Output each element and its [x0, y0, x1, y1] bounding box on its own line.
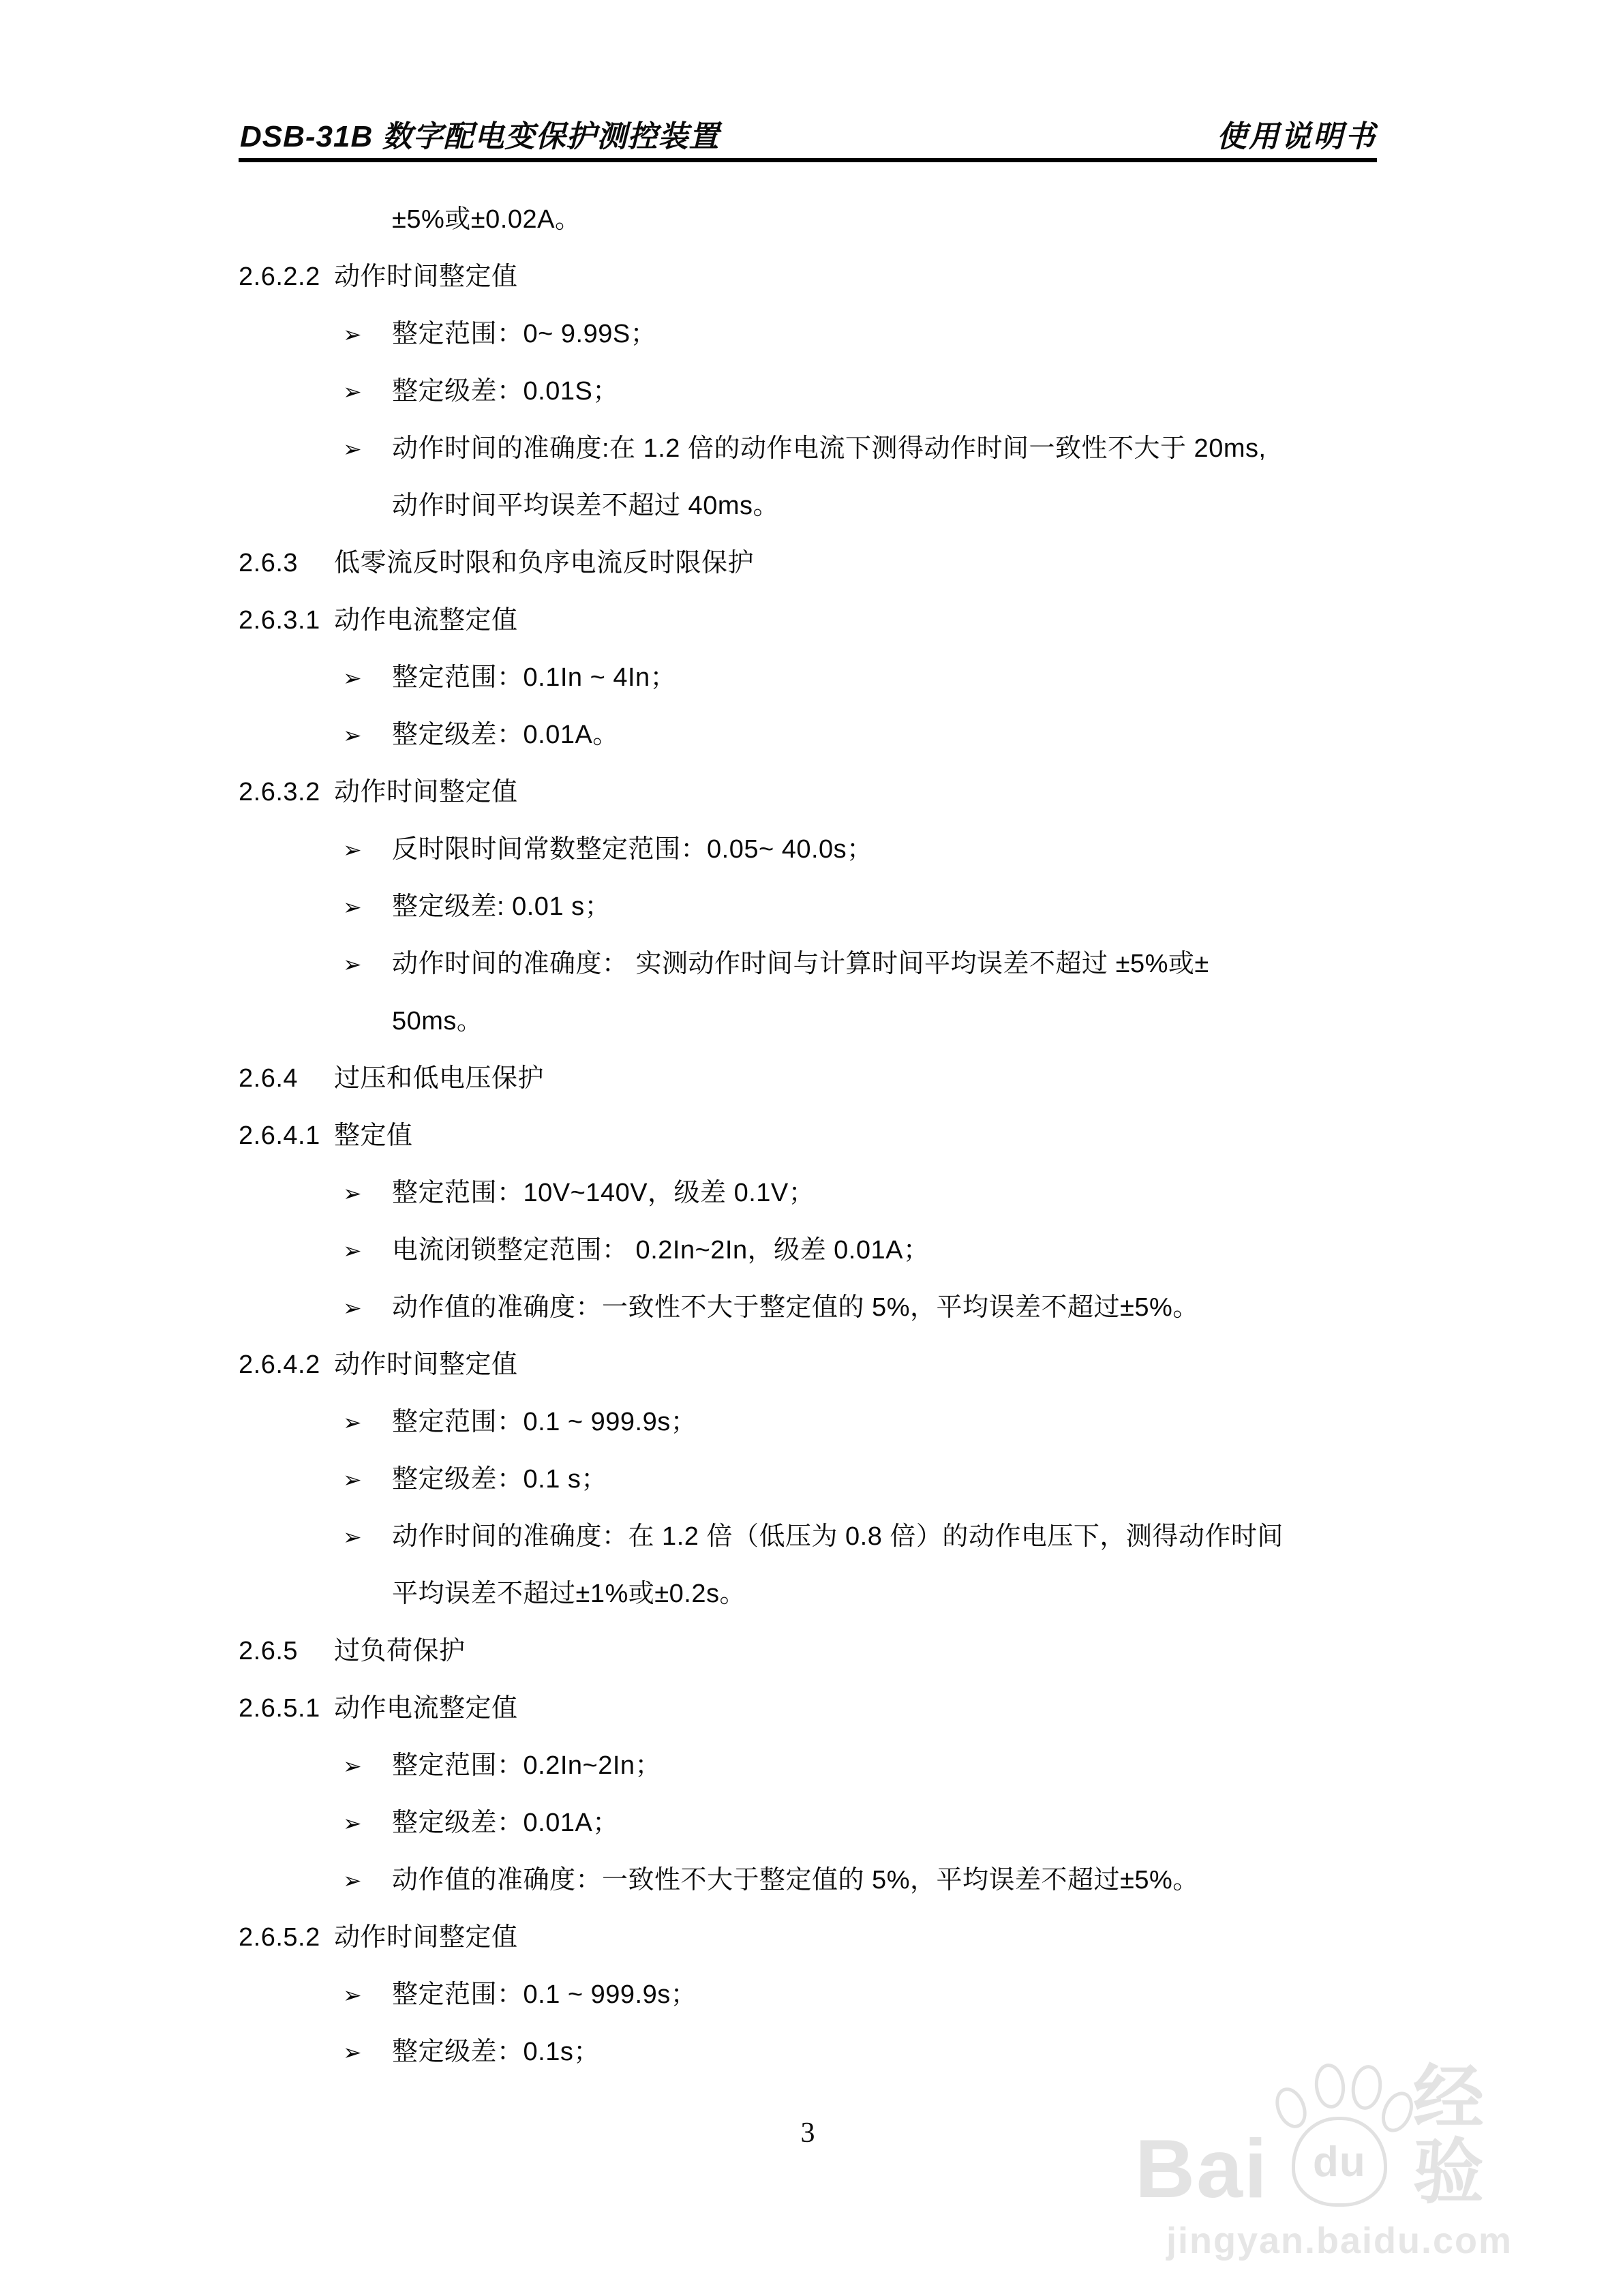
- bullet-continuation-line: 动作时间平均误差不超过 40ms。: [239, 477, 1397, 534]
- section-number: 2.6.5.2: [239, 1909, 334, 1966]
- section-title: 过负荷保护: [334, 1637, 466, 1665]
- bullet-text: 动作值的准确度：一致性不大于整定值的 5%，平均误差不超过±5%。: [392, 1293, 1199, 1322]
- bullet-item: ➢整定范围：0.1In ~ 4In；: [239, 649, 1397, 706]
- bullet-item: ➢动作时间的准确度： 实测动作时间与计算时间平均误差不超过 ±5%或±: [239, 935, 1397, 993]
- paw-pad-icon: du: [1292, 2117, 1387, 2207]
- bullet-item: ➢整定级差：0.1 s；: [239, 1451, 1397, 1508]
- bullet-text: 整定范围：0.1In ~ 4In；: [392, 663, 676, 692]
- bullet-arrow-icon: ➢: [343, 1852, 392, 1909]
- bullet-text: 整定级差：0.1s；: [392, 2038, 600, 2066]
- section-number: 2.6.4: [239, 1050, 334, 1107]
- bullet-item: ➢整定级差：0.01A；: [239, 1794, 1397, 1852]
- bullet-text: 动作值的准确度：一致性不大于整定值的 5%，平均误差不超过±5%。: [392, 1866, 1199, 1894]
- bullet-item: ➢整定范围：0.1 ~ 999.9s；: [239, 1393, 1397, 1451]
- bullet-text: 整定范围：0.1 ~ 999.9s；: [392, 1408, 697, 1436]
- section-number: 2.6.3.1: [239, 592, 334, 649]
- section-title: 动作时间整定值: [334, 1923, 518, 1952]
- bullet-item: ➢整定级差：0.01S；: [239, 363, 1397, 420]
- bullet-text: 整定范围：0~ 9.99S；: [392, 320, 656, 348]
- bullet-item: ➢动作值的准确度：一致性不大于整定值的 5%，平均误差不超过±5%。: [239, 1852, 1397, 1909]
- bullet-arrow-icon: ➢: [343, 2024, 392, 2081]
- bullet-arrow-icon: ➢: [343, 1967, 392, 2024]
- section-title: 动作电流整定值: [334, 606, 518, 635]
- bullet-text: 整定范围：10V~140V，级差 0.1V；: [392, 1179, 815, 1207]
- bullet-continuation-line: 50ms。: [239, 993, 1397, 1050]
- subsection-heading: 2.6.4.2动作时间整定值: [239, 1336, 1397, 1393]
- section-number: 2.6.5.1: [239, 1680, 334, 1737]
- bullet-item: ➢整定级差：0.01A。: [239, 706, 1397, 764]
- section-number: 2.6.5: [239, 1622, 334, 1680]
- section-title: 低零流反时限和负序电流反时限保护: [334, 549, 754, 577]
- bullet-arrow-icon: ➢: [343, 1165, 392, 1222]
- bullet-arrow-icon: ➢: [343, 1222, 392, 1280]
- paw-toe-icon: [1313, 2062, 1348, 2110]
- section-title: 动作电流整定值: [334, 1694, 518, 1723]
- bullet-arrow-icon: ➢: [343, 879, 392, 936]
- baidu-watermark: Bai du 经验 jingyan.baidu.com: [1135, 2060, 1544, 2262]
- bullet-arrow-icon: ➢: [343, 1394, 392, 1451]
- subsection-heading: 2.6.3.1动作电流整定值: [239, 592, 1397, 649]
- subsection-heading: 2.6.3.2动作时间整定值: [239, 764, 1397, 821]
- bullet-text: 整定范围：0.1 ~ 999.9s；: [392, 1980, 697, 2009]
- bullet-arrow-icon: ➢: [343, 421, 392, 478]
- bullet-arrow-icon: ➢: [343, 1795, 392, 1852]
- bullet-text: 电流闭锁整定范围： 0.2In~2In，级差 0.01A；: [392, 1236, 929, 1265]
- bullet-text: 整定范围：0.2In~2In；: [392, 1751, 661, 1780]
- watermark-text-bai: Bai: [1135, 2127, 1269, 2210]
- paw-icon: du: [1273, 2064, 1409, 2210]
- section-heading: 2.6.3低零流反时限和负序电流反时限保护: [239, 534, 1397, 592]
- paw-toe-icon: [1348, 2063, 1384, 2111]
- subsection-heading: 2.6.5.2动作时间整定值: [239, 1909, 1397, 1966]
- bullet-text: 整定级差：0.01A。: [392, 721, 619, 749]
- bullet-arrow-icon: ➢: [343, 1509, 392, 1566]
- section-number: 2.6.3: [239, 534, 334, 592]
- bullet-item: ➢动作时间的准确度：在 1.2 倍（低压为 0.8 倍）的动作电压下，测得动作时…: [239, 1508, 1397, 1565]
- section-title: 动作时间整定值: [334, 262, 518, 291]
- bullet-item: ➢整定范围：0.2In~2In；: [239, 1737, 1397, 1794]
- header-rule: [239, 158, 1377, 162]
- bullet-arrow-icon: ➢: [343, 650, 392, 707]
- bullet-arrow-icon: ➢: [343, 821, 392, 879]
- body-content: ±5%或±0.02A。2.6.2.2动作时间整定值➢整定范围：0~ 9.99S；…: [239, 191, 1397, 2081]
- section-title: 整定值: [334, 1121, 413, 1150]
- bullet-item: ➢动作值的准确度：一致性不大于整定值的 5%，平均误差不超过±5%。: [239, 1279, 1397, 1336]
- bullet-text: 动作时间的准确度:在 1.2 倍的动作电流下测得动作时间一致性不大于 20ms,: [392, 434, 1266, 463]
- bullet-arrow-icon: ➢: [343, 1280, 392, 1337]
- watermark-brand: Bai du 经验: [1135, 2060, 1544, 2210]
- bullet-text: 整定级差：0.01S；: [392, 377, 619, 406]
- bullet-arrow-icon: ➢: [343, 1451, 392, 1509]
- bullet-item: ➢电流闭锁整定范围： 0.2In~2In，级差 0.01A；: [239, 1222, 1397, 1279]
- subsection-heading: 2.6.4.1整定值: [239, 1107, 1397, 1164]
- bullet-arrow-icon: ➢: [343, 306, 392, 363]
- section-heading: 2.6.4过压和低电压保护: [239, 1050, 1397, 1107]
- subsection-heading: 2.6.5.1动作电流整定值: [239, 1680, 1397, 1737]
- header-doc-type: 使用说明书: [1217, 112, 1377, 155]
- bullet-arrow-icon: ➢: [343, 707, 392, 764]
- section-heading: 2.6.5过负荷保护: [239, 1622, 1397, 1680]
- bullet-arrow-icon: ➢: [343, 363, 392, 421]
- bullet-continuation-line: 平均误差不超过±1%或±0.2s。: [239, 1565, 1397, 1622]
- bullet-text: 整定级差：0.01A；: [392, 1809, 619, 1837]
- section-number: 2.6.4.2: [239, 1336, 334, 1393]
- section-number: 2.6.4.1: [239, 1107, 334, 1164]
- bullet-arrow-icon: ➢: [343, 936, 392, 993]
- bullet-text: 动作时间的准确度：在 1.2 倍（低压为 0.8 倍）的动作电压下，测得动作时间: [392, 1522, 1284, 1551]
- bullet-item: ➢整定范围：10V~140V，级差 0.1V；: [239, 1164, 1397, 1222]
- bullet-item: ➢反时限时间常数整定范围：0.05~ 40.0s；: [239, 821, 1397, 878]
- watermark-text-du: du: [1313, 2138, 1366, 2186]
- section-title: 动作时间整定值: [334, 1350, 518, 1379]
- bullet-text: 整定级差：0.1 s；: [392, 1465, 607, 1494]
- bullet-text: 反时限时间常数整定范围：0.05~ 40.0s；: [392, 835, 873, 864]
- section-number: 2.6.3.2: [239, 764, 334, 821]
- section-number: 2.6.2.2: [239, 248, 334, 305]
- bullet-arrow-icon: ➢: [343, 1738, 392, 1795]
- bullet-text: 整定级差: 0.01 s；: [392, 892, 611, 921]
- watermark-text-jingyan: 经验: [1413, 2061, 1544, 2210]
- bullet-item: ➢整定范围：0.1 ~ 999.9s；: [239, 1966, 1397, 2023]
- paw-toe-icon: [1270, 2083, 1312, 2132]
- section-title: 过压和低电压保护: [334, 1064, 544, 1093]
- continuation-line: ±5%或±0.02A。: [239, 191, 1397, 248]
- section-title: 动作时间整定值: [334, 778, 518, 806]
- header-device-title: DSB-31B 数字配电变保护测控装置: [240, 112, 720, 155]
- bullet-item: ➢整定范围：0~ 9.99S；: [239, 305, 1397, 363]
- subsection-heading: 2.6.2.2动作时间整定值: [239, 248, 1397, 305]
- bullet-item: ➢动作时间的准确度:在 1.2 倍的动作电流下测得动作时间一致性不大于 20ms…: [239, 420, 1397, 477]
- bullet-item: ➢整定级差: 0.01 s；: [239, 878, 1397, 935]
- watermark-url: jingyan.baidu.com: [1135, 2220, 1544, 2262]
- bullet-text: 动作时间的准确度： 实测动作时间与计算时间平均误差不超过 ±5%或±: [392, 950, 1209, 978]
- manual-page: DSB-31B 数字配电变保护测控装置 使用说明书 ±5%或±0.02A。2.6…: [0, 0, 1623, 2296]
